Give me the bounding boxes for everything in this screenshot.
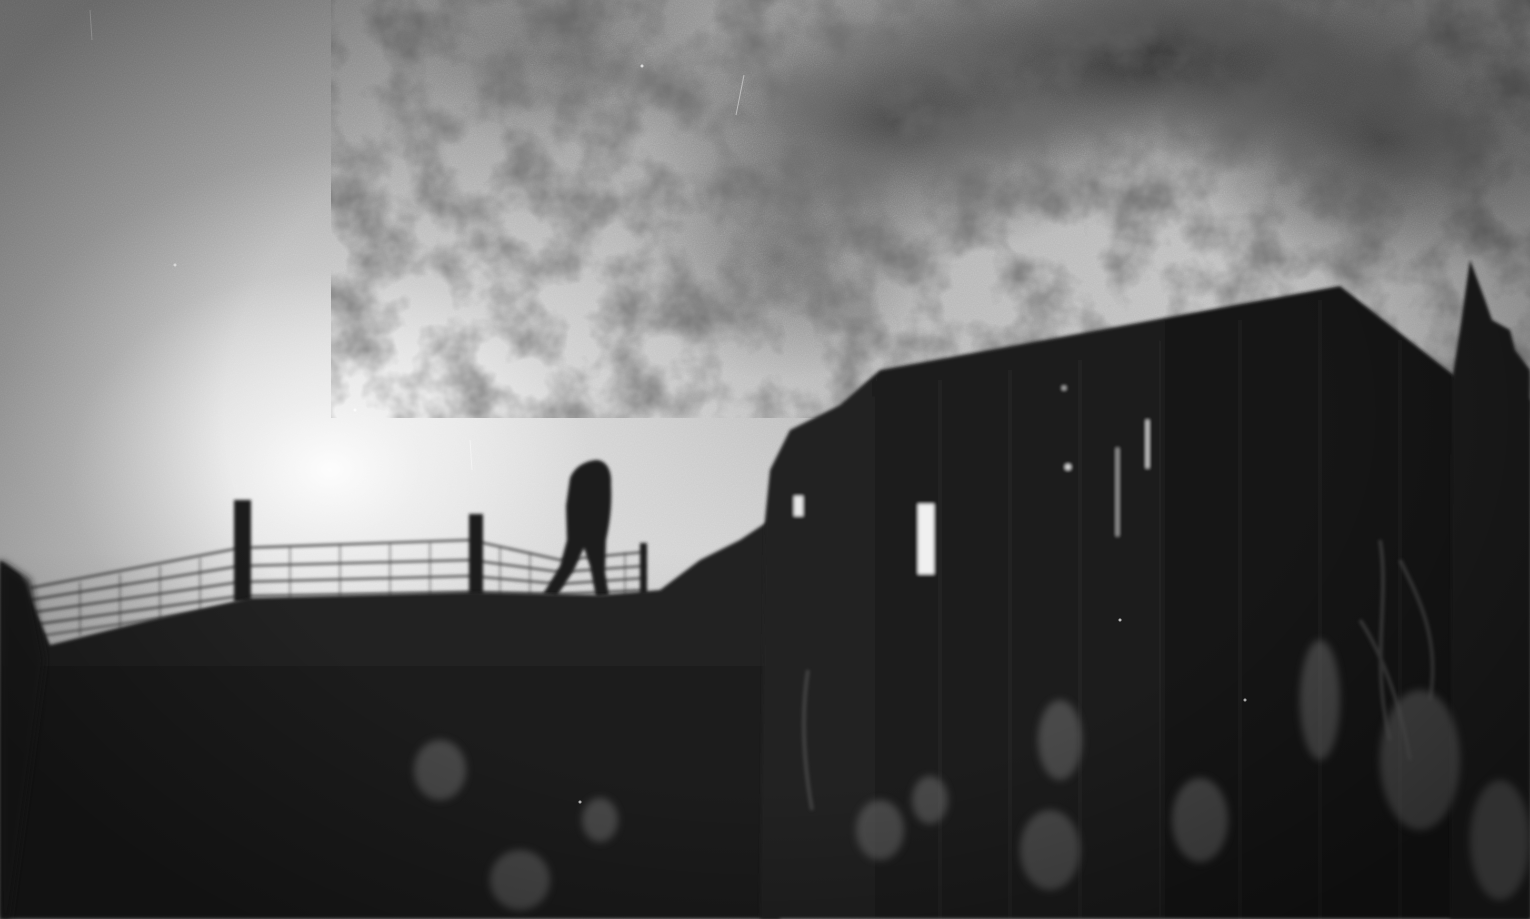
fence-post [469,514,483,596]
walking-figure [543,460,611,597]
barn-window [918,504,934,574]
barn-crack [1116,448,1119,536]
barn-window [794,496,803,516]
fence-post [234,500,251,602]
barn-crack [1146,420,1149,468]
photograph: Grainy black-and-white photograph: a sil… [0,0,1530,919]
